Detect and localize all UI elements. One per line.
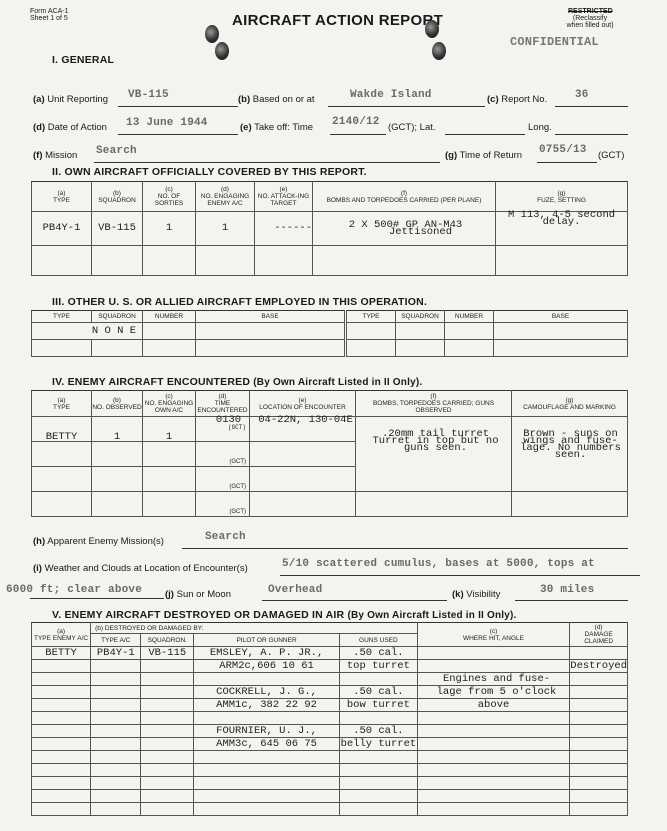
visibility-field[interactable]: 30 miles [540, 584, 594, 596]
sun-moon-field[interactable]: Overhead [268, 584, 322, 596]
date-of-action-label: (d) Date of Action [33, 122, 107, 133]
crew-name-cell[interactable]: EMSLEY, A. P. JR., [194, 647, 340, 660]
col-damage-claimed: (d)DAMAGE CLAIMED [570, 623, 628, 647]
punch-hole-icon [425, 20, 439, 38]
col-squadron: (b)SQUADRON [92, 182, 143, 212]
report-no-field[interactable]: 36 [575, 89, 589, 101]
crew-rate-cell[interactable]: AMM3c, 645 06 75 [194, 738, 340, 751]
own-sorties-cell[interactable]: 1 [143, 212, 196, 246]
crew-gun-cell[interactable]: .50 cal. [340, 686, 418, 699]
section-enemy-destroyed-heading: V. ENEMY AIRCRAFT DESTROYED OR DAMAGED I… [52, 609, 517, 621]
sun-moon-label: (j) Sun or Moon [165, 589, 231, 600]
table-row: BETTY PB4Y-1 VB-115 EMSLEY, A. P. JR., .… [32, 647, 628, 660]
punch-hole-icon [215, 42, 229, 60]
none-entry[interactable]: N O N E [32, 323, 143, 340]
col-engaging: (c)NO. ENGAGING OWN A/C [143, 391, 196, 417]
form-id: Form ACA-1 Sheet 1 of 5 [30, 8, 69, 22]
crew-rate-cell[interactable]: ARM2c,606 10 61 [194, 660, 340, 673]
enemy-engaging-cell[interactable]: 1 [143, 417, 196, 442]
gct-lat-label: (GCT); Lat. [388, 122, 436, 133]
col-type-ac: TYPE A/C [91, 634, 141, 647]
gct-label: (GCT) [598, 150, 624, 161]
own-squadron-cell[interactable]: VB-115 [92, 212, 143, 246]
visibility-label: (k) Visibility [452, 589, 500, 600]
destroyed-own-type-cell[interactable]: PB4Y-1 [91, 647, 141, 660]
enemy-encountered-table: (a)TYPE (b)NO. OBSERVED (c)NO. ENGAGING … [31, 390, 628, 517]
report-no-label: (c) Report No. [487, 94, 547, 105]
based-at-label: (b) Based on or at [238, 94, 315, 105]
col-number: NUMBER [143, 311, 196, 323]
col-bombs: (f)BOMBS AND TORPEDOES CARRIED (PER PLAN… [313, 182, 496, 212]
col-number-2: NUMBER [445, 311, 494, 323]
punch-hole-icon [432, 42, 446, 60]
enemy-time-cell[interactable]: 0130(GCT) [196, 417, 250, 442]
enemy-type-cell[interactable]: BETTY [32, 417, 92, 442]
date-of-action-field[interactable]: 13 June 1944 [126, 117, 208, 129]
apparent-mission-field[interactable]: Search [205, 531, 246, 543]
own-engaging-cell[interactable]: 1 [196, 212, 255, 246]
col-where-hit: (c)WHERE HIT, ANGLE [417, 623, 570, 647]
own-type-cell[interactable]: PB4Y-1 [32, 212, 92, 246]
takeoff-label: (e) Take off: Time [240, 122, 313, 133]
where-hit-line-1[interactable]: Engines and fuse- [417, 673, 570, 686]
enemy-location-cell[interactable]: 04-22N, 130-04E [250, 417, 356, 442]
col-sorties: (c)NO. OF SORTIES [143, 182, 196, 212]
time-of-return-field[interactable]: 0755/13 [539, 144, 587, 156]
enemy-observed-cell[interactable]: 1 [92, 417, 143, 442]
crew-turret-cell[interactable]: bow turret [340, 699, 418, 712]
crew-turret-cell[interactable]: top turret [340, 660, 418, 673]
col-destroyed-by: (b) DESTROYED OR DAMAGED BY: [91, 623, 418, 634]
crew-gun-cell[interactable]: .50 cal. [340, 725, 418, 738]
col-guns-used: GUNS USED [340, 634, 418, 647]
crew-name-cell[interactable]: COCKRELL, J. G., [194, 686, 340, 699]
destroyed-enemy-type-cell[interactable]: BETTY [32, 647, 91, 660]
punch-hole-icon [205, 25, 219, 43]
section-enemy-encountered-heading: IV. ENEMY AIRCRAFT ENCOUNTERED (By Own A… [52, 376, 422, 388]
time-of-return-label: (g) Time of Return [445, 150, 522, 161]
table-row: PB4Y-1 VB-115 1 1 ------ 2 X 500# GP AN-… [32, 212, 628, 246]
col-camouflage: (g)CAMOUFLAGE AND MARKING [512, 391, 628, 417]
mission-field[interactable]: Search [96, 145, 137, 157]
section-own-aircraft-heading: II. OWN AIRCRAFT OFFICIALLY COVERED BY T… [52, 166, 367, 178]
section-other-aircraft-heading: III. OTHER U. S. OR ALLIED AIRCRAFT EMPL… [52, 296, 427, 308]
col-pilot-gunner: PILOT OR GUNNER [194, 634, 340, 647]
col-squadron: SQUADRON [92, 311, 143, 323]
own-bombs-cell[interactable]: 2 X 500# GP AN-M43 Jettisoned [313, 212, 496, 246]
col-attacking: (e)NO. ATTACK-ING TARGET [255, 182, 313, 212]
table-row: BETTY 1 1 0130(GCT) 04-22N, 130-04E .20m… [32, 417, 628, 442]
crew-gun-cell[interactable]: .50 cal. [340, 647, 418, 660]
col-location: (e)LOCATION OF ENCOUNTER [250, 391, 356, 417]
where-hit-line-2[interactable]: lage from 5 o'clock [417, 686, 570, 699]
col-guns: (f)BOMBS, TORPEDOES CARRIED; GUNS OBSERV… [356, 391, 512, 417]
page-title: AIRCRAFT ACTION REPORT [232, 12, 443, 29]
crew-turret-cell[interactable]: belly turret [340, 738, 418, 751]
form-number: Form ACA-1 [30, 8, 69, 15]
longitude-field[interactable] [555, 134, 628, 135]
enemy-destroyed-table: (a)TYPE ENEMY A/C (b) DESTROYED OR DAMAG… [31, 622, 628, 816]
where-hit-line-3[interactable]: above [417, 699, 570, 712]
damage-claimed-cell[interactable]: Destroyed [570, 660, 628, 673]
col-type: (a)TYPE [32, 391, 92, 417]
col-base: BASE [196, 311, 346, 323]
based-at-field[interactable]: Wakde Island [350, 89, 432, 101]
weather-field-cont[interactable]: 6000 ft; clear above [6, 584, 142, 596]
col-type-2: TYPE [346, 311, 396, 323]
weather-label: (i) Weather and Clouds at Location of En… [33, 563, 248, 574]
crew-rate-cell[interactable]: AMM1c, 382 22 92 [194, 699, 340, 712]
crew-name-cell[interactable]: FOURNIER, U. J., [194, 725, 340, 738]
long-label: Long. [528, 122, 552, 133]
confidential-stamp: CONFIDENTIAL [510, 35, 599, 49]
col-type: TYPE [32, 311, 92, 323]
col-fuze: (g)FUZE, SETTING [496, 182, 628, 212]
classification-struck: RESTRICTED [568, 8, 613, 15]
mission-label: (f) Mission [33, 150, 77, 161]
weather-field[interactable]: 5/10 scattered cumulus, bases at 5000, t… [282, 558, 595, 570]
col-time: (d)TIME ENCOUNTERED [196, 391, 250, 417]
other-aircraft-table: TYPE SQUADRON NUMBER BASE TYPE SQUADRON … [31, 310, 628, 357]
reclassify-note: (Reclassify when filled out) [565, 15, 615, 29]
apparent-mission-label: (h) Apparent Enemy Mission(s) [33, 536, 164, 547]
enemy-guns-cell[interactable]: .20mm tail turret Turret in top but no g… [356, 417, 512, 492]
own-fuze-cell[interactable]: M 113, 4-5 second delay. [496, 212, 628, 246]
destroyed-squadron-cell[interactable]: VB-115 [141, 647, 194, 660]
unit-reporting-label: (a) Unit Reporting [33, 94, 108, 105]
col-engaging: (d)NO. ENGAGING ENEMY A/C [196, 182, 255, 212]
col-squadron-2: SQUADRON [396, 311, 445, 323]
unit-reporting-field[interactable]: VB-115 [128, 89, 169, 101]
own-aircraft-table: (a)TYPE (b)SQUADRON (c)NO. OF SORTIES (d… [31, 181, 628, 276]
own-attacking-cell[interactable]: ------ [255, 212, 313, 246]
col-base-2: BASE [494, 311, 628, 323]
col-enemy-type: (a)TYPE ENEMY A/C [32, 623, 91, 647]
section-general-heading: I. GENERAL [52, 54, 114, 66]
col-squadron: SQUADRON. [141, 634, 194, 647]
col-type: (a)TYPE [32, 182, 92, 212]
enemy-camouflage-cell[interactable]: Brown - suns on wings and fuse-lage. No … [512, 417, 628, 492]
latitude-field[interactable] [445, 134, 525, 135]
takeoff-time-field[interactable]: 2140/12 [332, 116, 380, 128]
col-observed: (b)NO. OBSERVED [92, 391, 143, 417]
sheet-number: Sheet 1 of 5 [30, 15, 69, 22]
